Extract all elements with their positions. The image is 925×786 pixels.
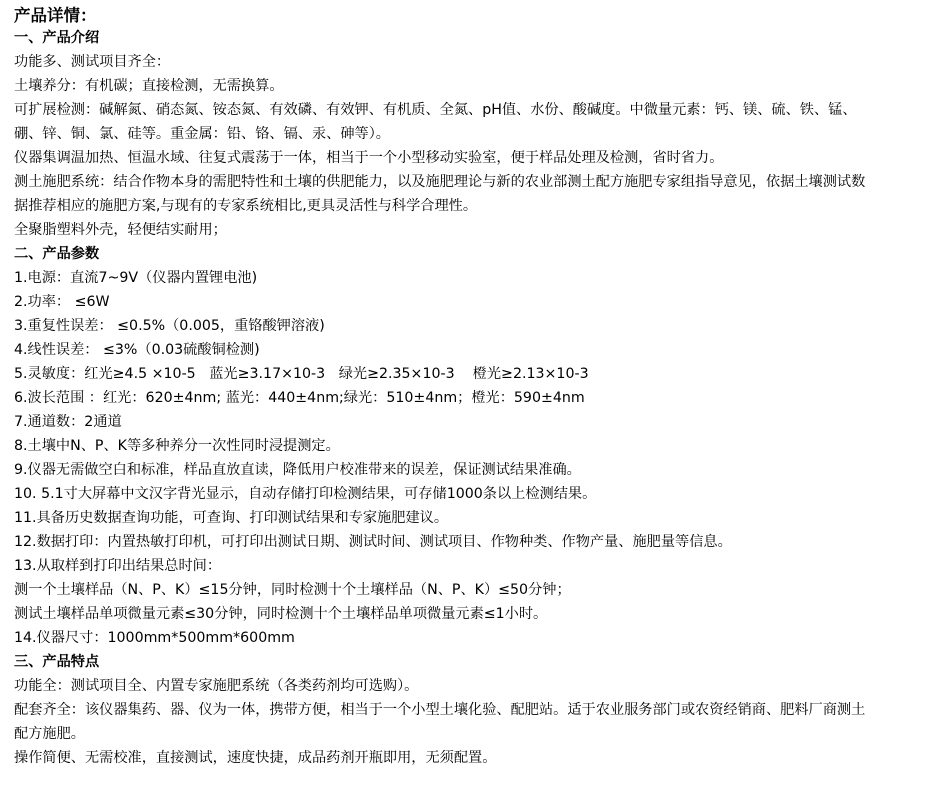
param-item: 8.土壤中N、P、K等多种养分一次性同时浸提测定。 bbox=[14, 434, 911, 458]
section-intro: 一、产品介绍 功能多、测试项目齐全： 土壤养分：有机碳；直接检测，无需换算。 可… bbox=[14, 26, 911, 242]
section-parameters: 二、产品参数 1.电源：直流7~9V（仪器内置锂电池) 2.功率： ≤6W 3.… bbox=[14, 242, 911, 650]
paragraph: 仪器集调温加热、恒温水域、往复式震荡于一体，相当于一个小型移动实验室，便于样品处… bbox=[14, 146, 911, 170]
paragraph: 全聚脂塑料外壳，轻便结实耐用； bbox=[14, 218, 911, 242]
param-item: 14.仪器尺寸：1000mm*500mm*600mm bbox=[14, 626, 911, 650]
param-item: 7.通道数：2通道 bbox=[14, 410, 911, 434]
param-item: 2.功率： ≤6W bbox=[14, 290, 911, 314]
param-item: 4.线性误差： ≤3%（0.03硫酸铜检测) bbox=[14, 338, 911, 362]
paragraph: 土壤养分：有机碳；直接检测，无需换算。 bbox=[14, 74, 911, 98]
param-item: 12.数据打印：内置热敏打印机，可打印出测试日期、测试时间、测试项目、作物种类、… bbox=[14, 530, 911, 554]
page-title: 产品详情： bbox=[14, 4, 911, 26]
param-item: 3.重复性误差： ≤0.5%（0.005，重铬酸钾溶液) bbox=[14, 314, 911, 338]
paragraph: 操作简便、无需校准，直接测试，速度快捷，成品药剂开瓶即用，无须配置。 bbox=[14, 746, 911, 770]
section-heading: 一、产品介绍 bbox=[14, 26, 911, 50]
param-item: 测一个土壤样品（N、P、K）≤15分钟，同时检测十个土壤样品（N、P、K）≤50… bbox=[14, 578, 911, 602]
product-details-document: 产品详情： 一、产品介绍 功能多、测试项目齐全： 土壤养分：有机碳；直接检测，无… bbox=[0, 0, 925, 770]
paragraph: 测土施肥系统：结合作物本身的需肥特性和土壤的供肥能力，以及施肥理论与新的农业部测… bbox=[14, 170, 911, 194]
param-item: 5.灵敏度：红光≥4.5 ×10-5 蓝光≥3.17×10-3 绿光≥2.35×… bbox=[14, 362, 911, 386]
paragraph: 配套齐全：该仪器集药、器、仪为一体，携带方便，相当于一个小型土壤化验、配肥站。适… bbox=[14, 698, 911, 722]
paragraph: 据推荐相应的施肥方案,与现有的专家系统相比,更具灵活性与科学合理性。 bbox=[14, 194, 911, 218]
section-heading: 二、产品参数 bbox=[14, 242, 911, 266]
paragraph: 可扩展检测：碱解氮、硝态氮、铵态氮、有效磷、有效钾、有机质、全氮、pH值、水份、… bbox=[14, 98, 911, 122]
section-heading: 三、产品特点 bbox=[14, 650, 911, 674]
param-item: 6.波长范围 ：红光：620±4nm; 蓝光：440±4nm;绿光：510±4n… bbox=[14, 386, 911, 410]
param-item: 13.从取样到打印出结果总时间： bbox=[14, 554, 911, 578]
param-item: 9.仪器无需做空白和标准，样品直放直读，降低用户校准带来的误差，保证测试结果准确… bbox=[14, 458, 911, 482]
paragraph: 硼、锌、铜、氯、硅等。重金属：铅、铬、镉、汞、砷等）。 bbox=[14, 122, 911, 146]
param-item: 测试土壤样品单项微量元素≤30分钟，同时检测十个土壤样品单项微量元素≤1小时。 bbox=[14, 602, 911, 626]
paragraph: 配方施肥。 bbox=[14, 722, 911, 746]
paragraph: 功能全：测试项目全、内置专家施肥系统（各类药剂均可选购）。 bbox=[14, 674, 911, 698]
paragraph: 功能多、测试项目齐全： bbox=[14, 50, 911, 74]
section-features: 三、产品特点 功能全：测试项目全、内置专家施肥系统（各类药剂均可选购）。 配套齐… bbox=[14, 650, 911, 770]
param-item: 1.电源：直流7~9V（仪器内置锂电池) bbox=[14, 266, 911, 290]
param-item: 10. 5.1寸大屏幕中文汉字背光显示，自动存储打印检测结果，可存储1000条以… bbox=[14, 482, 911, 506]
param-item: 11.具备历史数据查询功能，可查询、打印测试结果和专家施肥建议。 bbox=[14, 506, 911, 530]
